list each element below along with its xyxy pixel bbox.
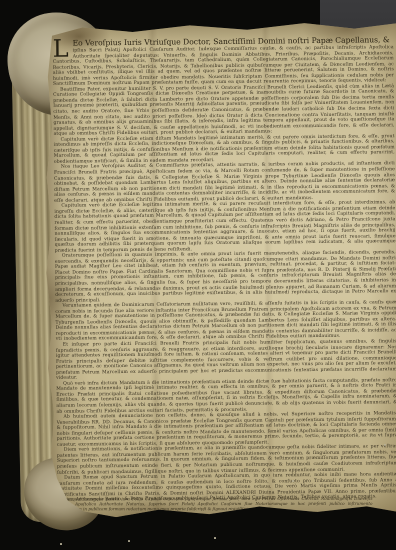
seal-placeholder: Locus ✠ Sigilli & Signi. [54,512,372,518]
dust-speck [60,543,62,545]
dust-speck [128,540,130,542]
document-body: ipſius Sacri Palatij Apoſtolici Cauſarum… [53,45,396,503]
body-paragraph: Capitulum verò dictæ Eccleſiæ legitima i… [54,200,396,253]
body-paragraph: Et inſuper pro parte dicti Franciſci Bre… [56,339,396,381]
book-photograph: L Eo Veroſpius Iuris Vtriuſque Doctor, S… [0,0,396,550]
body-paragraph: Capitulum verò dictæ Eccleſiæ etiam diſt… [54,134,395,165]
body-paragraph: Diem verò intimationis, & notificationis… [57,445,396,476]
body-paragraph: Nos itaque Leo Veroſpius Auditor, & Comm… [54,162,395,204]
notary-attestation: Et quia qualitercunque patent iura Folij… [54,496,372,518]
body-paragraph: Oratorumque poſſeſſioni in quamuis impri… [55,250,396,303]
body-paragraph: Veruntamen quidem de Dominicarum Ceſſato… [55,300,396,342]
body-paragraph: Ab huiuſmodi autem denunciatione non ceſ… [56,411,396,448]
body-paragraph: Beatiſſime Pater, exponitur humiliter S.… [53,84,395,137]
body-paragraph: Quò verò infra dictum Mandatum à die int… [56,378,396,415]
dust-speck [214,537,216,539]
parchment-page: L Eo Veroſpius Iuris Vtriuſque Doctor, S… [39,18,396,524]
document-text-block: L Eo Veroſpius Iuris Vtriuſque Doctor, S… [53,35,396,516]
body-paragraph: ipſius Sacri Palatij Apoſtolici Cauſarum… [53,45,394,87]
drop-cap-initial: L [53,39,71,60]
dust-speck [384,444,386,446]
dust-speck [292,480,294,482]
